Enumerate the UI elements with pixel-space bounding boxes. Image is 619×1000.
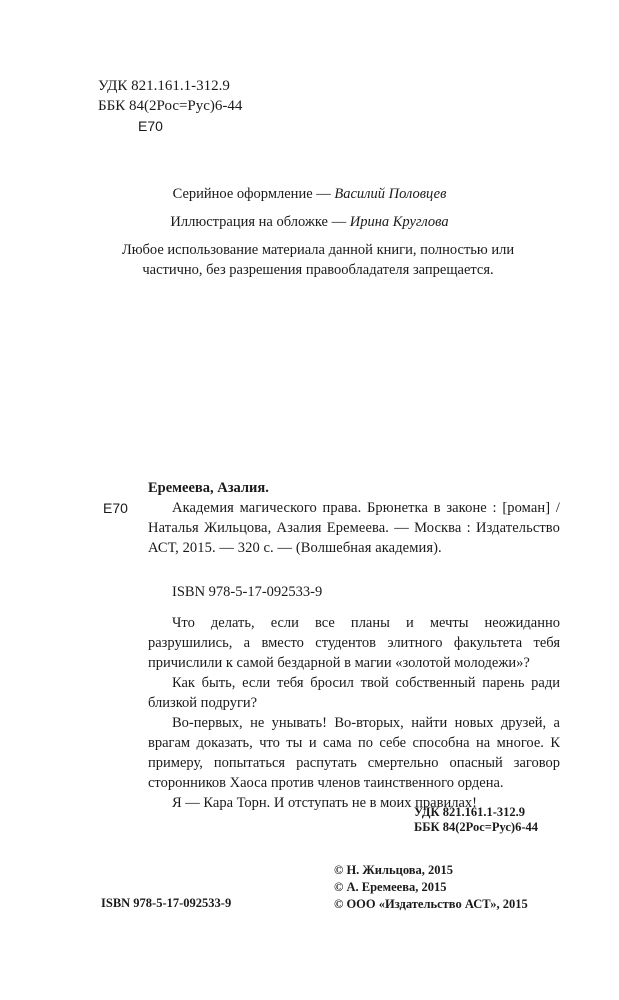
classification-bottom: УДК 821.161.1-312.9 ББК 84(2Рос=Рус)6-44 xyxy=(414,805,538,835)
cover-illustration-label: Иллюстрация на обложке — xyxy=(170,214,349,230)
copyright-line: © А. Еремеева, 2015 xyxy=(334,879,528,896)
copyright-line: © ООО «Издательство АСТ», 2015 xyxy=(334,896,528,913)
author-heading: Еремеева, Азалия. xyxy=(148,478,560,498)
series-design-name: Василий Половцев xyxy=(334,186,446,202)
copyright-lines: © Н. Жильцова, 2015 © А. Еремеева, 2015 … xyxy=(334,862,528,913)
cover-illustration-name: Ирина Круглова xyxy=(350,214,449,230)
bbk-code-bottom: ББК 84(2Рос=Рус)6-44 xyxy=(414,820,538,835)
udk-code-bottom: УДК 821.161.1-312.9 xyxy=(414,805,538,820)
bibliographic-record: Еремеева, Азалия. Академия магического п… xyxy=(148,478,560,558)
series-design-label: Серийное оформление — xyxy=(173,186,335,202)
classification-top: УДК 821.161.1-312.9 ББК 84(2Рос=Рус)6-44… xyxy=(98,76,242,136)
annotation-paragraph: Во-первых, не унывать! Во-вторых, найти … xyxy=(148,713,560,793)
isbn-bottom: ISBN 978-5-17-092533-9 xyxy=(101,896,231,911)
book-description: Академия магического права. Брюнетка в з… xyxy=(148,498,560,558)
annotation-paragraph: Что делать, если все планы и мечты неожи… xyxy=(148,613,560,673)
cover-illustration-credit: Иллюстрация на обложке — Ирина Круглова xyxy=(0,214,619,231)
annotation: Что делать, если все планы и мечты неожи… xyxy=(148,613,560,813)
margin-author-mark: Е70 xyxy=(103,500,128,516)
series-design-credit: Серийное оформление — Василий Половцев xyxy=(0,186,619,203)
copyright-line: © Н. Жильцова, 2015 xyxy=(334,862,528,879)
bbk-code: ББК 84(2Рос=Рус)6-44 xyxy=(98,96,242,116)
isbn: ISBN 978-5-17-092533-9 xyxy=(172,584,322,601)
copyright-notice: Любое использование материала данной кни… xyxy=(108,240,528,280)
annotation-paragraph: Как быть, если тебя бросил твой собствен… xyxy=(148,673,560,713)
udk-code: УДК 821.161.1-312.9 xyxy=(98,76,242,96)
author-mark: Е70 xyxy=(98,116,242,136)
